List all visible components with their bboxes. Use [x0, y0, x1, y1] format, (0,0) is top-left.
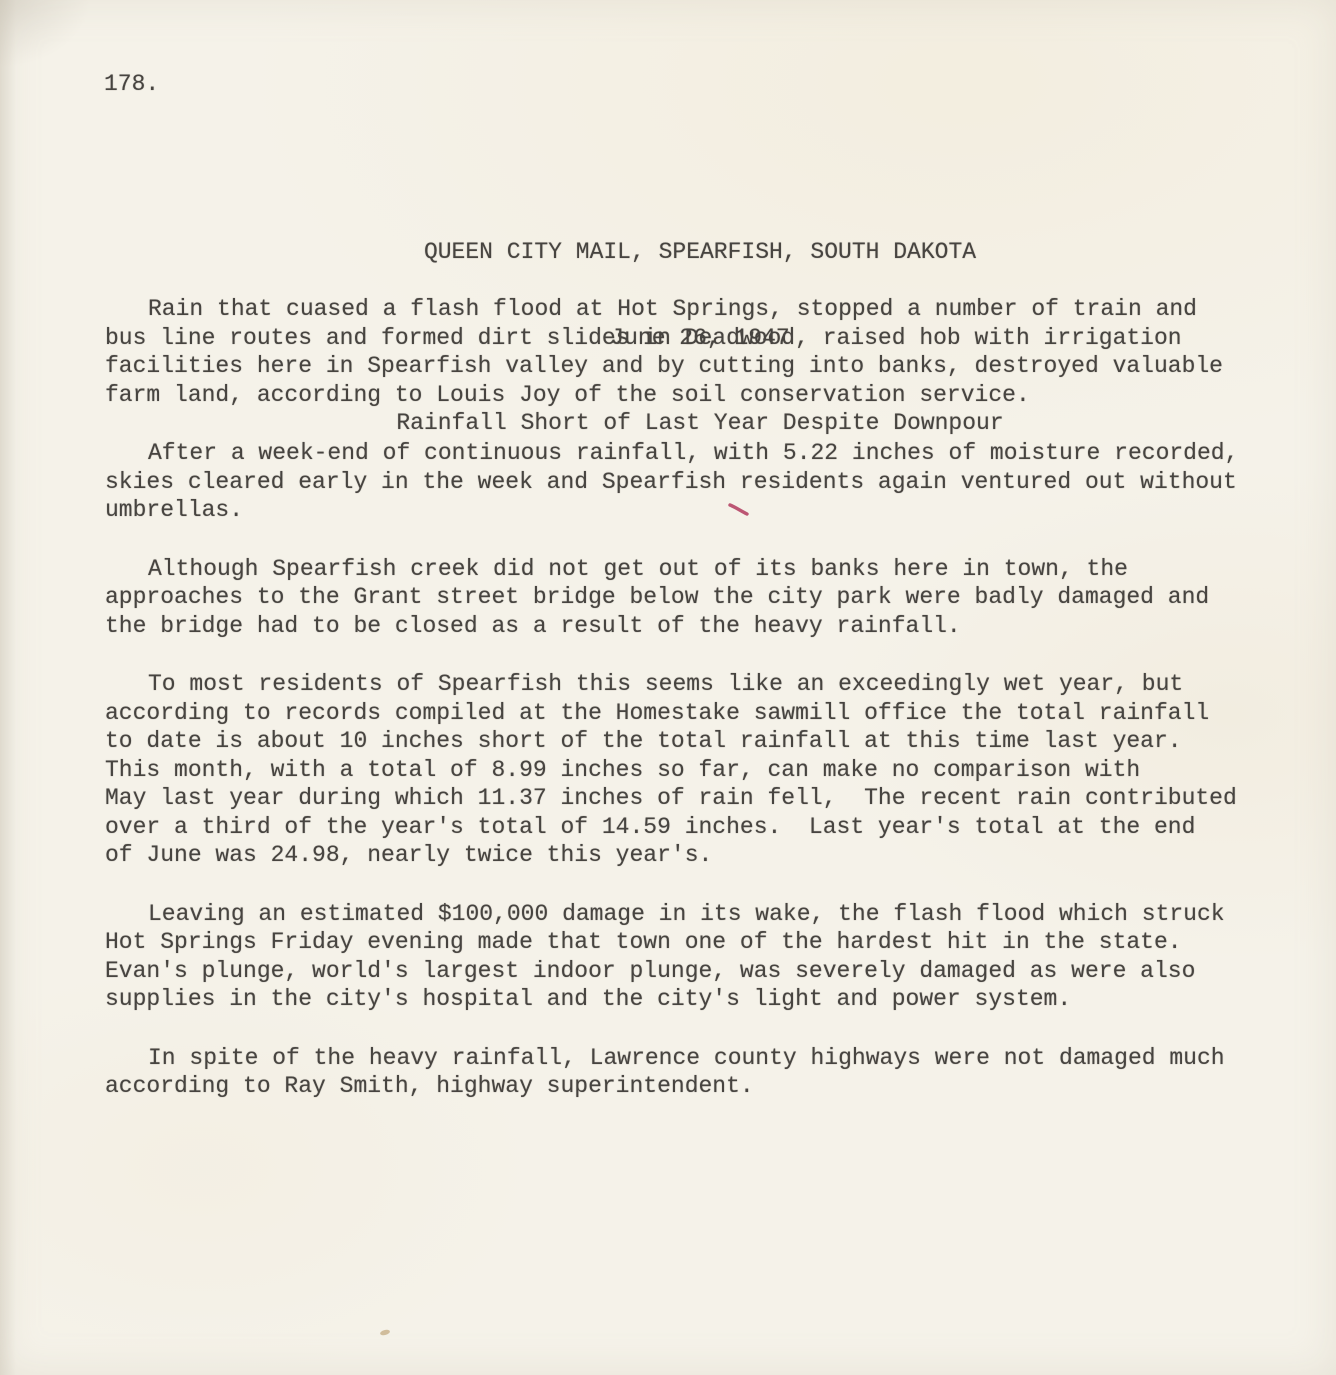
paragraph: Although Spearfish creek did not get out… [105, 555, 1285, 641]
text-line: Leaving an estimated $100,000 damage in … [105, 900, 1285, 929]
text-line: skies cleared early in the week and Spea… [105, 468, 1285, 497]
article-body: Rain that cuased a flash flood at Hot Sp… [105, 295, 1285, 1131]
text-line: facilities here in Spearfish valley and … [105, 352, 1285, 381]
text-line: May last year during which 11.37 inches … [105, 784, 1285, 813]
text-line: To most residents of Spearfish this seem… [105, 670, 1285, 699]
text-line: farm land, according to Louis Joy of the… [105, 381, 1285, 410]
paragraph: Rain that cuased a flash flood at Hot Sp… [105, 295, 1285, 409]
text-line: to date is about 10 inches short of the … [105, 727, 1285, 756]
paragraph: After a week-end of continuous rainfall,… [105, 439, 1285, 525]
red-check-icon [728, 502, 750, 518]
text-line: supplies in the city's hospital and the … [105, 985, 1285, 1014]
text-line: over a third of the year's total of 14.5… [105, 813, 1285, 842]
text-line: of June was 24.98, nearly twice this yea… [105, 841, 1285, 870]
text-line: the bridge had to be closed as a result … [105, 612, 1285, 641]
paragraph: Leaving an estimated $100,000 damage in … [105, 900, 1285, 1014]
page-number: 178. [104, 70, 159, 99]
text-line: In spite of the heavy rainfall, Lawrence… [105, 1044, 1285, 1073]
text-line: bus line routes and formed dirt slides i… [105, 324, 1285, 353]
text-line: Although Spearfish creek did not get out… [105, 555, 1285, 584]
scanned-document-page: 178. QUEEN CITY MAIL, SPEARFISH, SOUTH D… [0, 0, 1336, 1375]
text-line: Hot Springs Friday evening made that tow… [105, 928, 1285, 957]
text-line: approaches to the Grant street bridge be… [105, 583, 1285, 612]
text-line: This month, with a total of 8.99 inches … [105, 756, 1285, 785]
publication-title: QUEEN CITY MAIL, SPEARFISH, SOUTH DAKOTA [105, 238, 1295, 267]
text-line: umbrellas. [105, 496, 1285, 525]
paragraph: In spite of the heavy rainfall, Lawrence… [105, 1044, 1285, 1101]
paragraph: To most residents of Spearfish this seem… [105, 670, 1285, 870]
text-line: according to records compiled at the Hom… [105, 699, 1285, 728]
text-line: according to Ray Smith, highway superint… [105, 1072, 1285, 1101]
paper-smudge [380, 1329, 391, 1336]
text-line: Evan's plunge, world's largest indoor pl… [105, 957, 1285, 986]
text-line: After a week-end of continuous rainfall,… [105, 439, 1285, 468]
text-line: Rain that cuased a flash flood at Hot Sp… [105, 295, 1285, 324]
